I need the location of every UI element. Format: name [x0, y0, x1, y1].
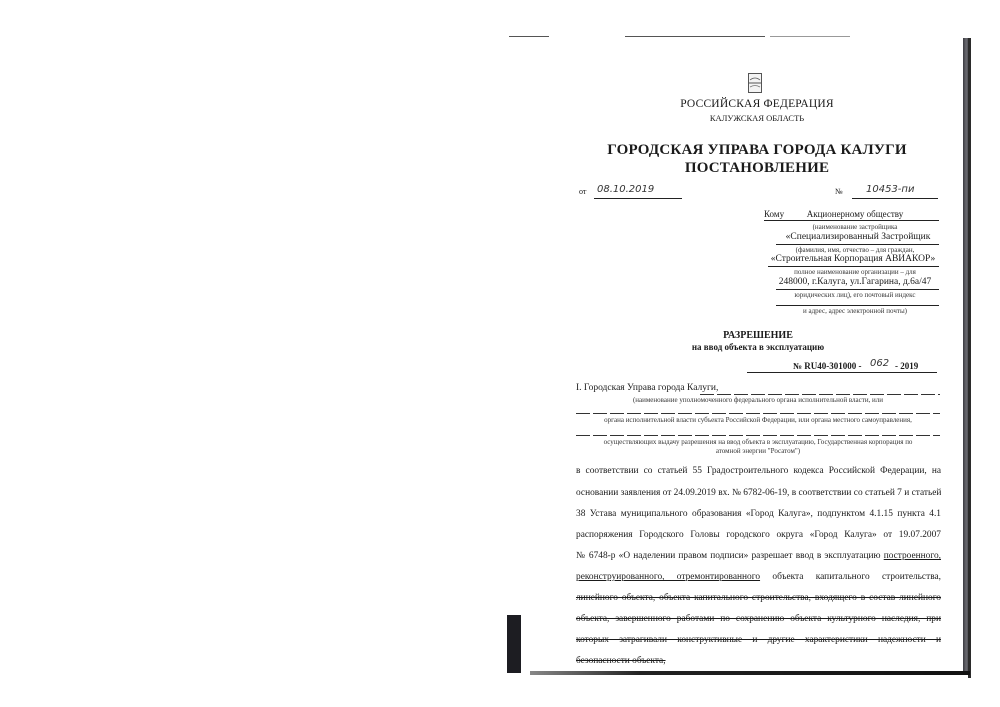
body-line: 38 Устава муниципального образования «Го… — [576, 509, 941, 519]
struck-line-last: безопасности объекта, — [576, 656, 666, 666]
body-line-6-text: объекта капитального строительства, — [772, 572, 941, 582]
permit-number-prefix: № RU40-301000 - — [793, 361, 862, 371]
recipient-underline — [764, 220, 939, 221]
body-line-5-text: № 6748-р «О наделении правом подписи» ра… — [576, 551, 881, 561]
struck-line: линейного объекта, объекта капитального … — [576, 593, 941, 603]
number-value: 10453-пи — [866, 184, 914, 195]
body-line-5: № 6748-р «О наделении правом подписи» ра… — [576, 551, 941, 561]
issuer-hint-4: атомной энергии "Росатом") — [716, 447, 800, 455]
issuer-hint-3: осуществляющих выдачу разрешения на ввод… — [604, 438, 913, 446]
issuer-underline — [576, 413, 940, 414]
recipient-hint-5: и адрес, адрес электронной почты) — [803, 307, 907, 315]
recipient-underline — [776, 289, 939, 290]
recipient-underline — [768, 266, 939, 267]
recipient-line-3: «Строительная Корпорация АВИАКОР» — [771, 254, 936, 264]
scan-artifact-line — [770, 36, 850, 37]
date-label: от — [579, 187, 586, 196]
coat-of-arms-icon — [748, 73, 762, 93]
permit-number-underline — [747, 372, 937, 373]
scan-edge-right-line — [968, 38, 971, 678]
header-doc-type: ПОСТАНОВЛЕНИЕ — [685, 160, 829, 177]
date-underline — [594, 198, 682, 199]
scan-artifact-line — [509, 36, 549, 37]
number-underline — [852, 198, 938, 199]
permit-number-handwritten: 062 — [870, 358, 889, 369]
body-line-5-underlined: построенного, — [884, 551, 941, 561]
recipient-hint-4: юридических лиц), его почтовый индекс — [794, 291, 915, 299]
scan-artifact-line — [625, 36, 765, 37]
recipient-line-4: 248000, г.Калуга, ул.Гагарина, д.6а/47 — [779, 277, 932, 287]
body-line-6: реконструированного, отремонтированного … — [576, 572, 941, 582]
recipient-hint-2: (фамилия, имя, отчество – для граждан, — [796, 246, 915, 254]
issuer-underline — [576, 435, 940, 436]
recipient-underline — [776, 305, 939, 306]
recipient-to-label: Кому — [764, 209, 784, 219]
issuer-name: I. Городская Управа города Калуги, — [576, 383, 718, 393]
recipient-hint-1: (наименование застройщика — [813, 223, 898, 231]
scan-edge-left — [507, 615, 521, 673]
issuer-hint-2: органа исполнительной власти субъекта Ро… — [604, 416, 912, 424]
permit-subtitle: на ввод объекта в эксплуатацию — [692, 342, 824, 352]
body-line: основании заявления от 24.09.2019 вх. № … — [576, 488, 941, 498]
permit-title: РАЗРЕШЕНИЕ — [723, 330, 793, 341]
recipient-underline — [776, 244, 939, 245]
number-label: № — [835, 187, 843, 196]
scanned-document-page: РОССИЙСКАЯ ФЕДЕРАЦИЯ КАЛУЖСКАЯ ОБЛАСТЬ Г… — [0, 0, 1000, 707]
struck-line: объекта, завершенного работами по сохран… — [576, 614, 941, 624]
struck-line: которых затрагивали конструктивные и дру… — [576, 635, 941, 645]
body-line: в соответствии со статьей 55 Градостроит… — [576, 466, 941, 476]
scan-edge-bottom — [530, 671, 970, 675]
recipient-hint-3: полное наименование организации – для — [794, 268, 916, 276]
recipient-line-2: «Специализированный Застройщик — [786, 232, 931, 242]
issuer-hint-1: (наименование уполномоченного федерально… — [633, 396, 883, 404]
header-authority: ГОРОДСКАЯ УПРАВА ГОРОДА КАЛУГИ — [607, 142, 907, 159]
date-value: 08.10.2019 — [597, 184, 654, 195]
body-line: распоряжения Городского Головы городског… — [576, 530, 941, 540]
issuer-underline — [700, 394, 940, 395]
body-line-6-struck: реконструированного, отремонтированного — [576, 572, 760, 582]
header-country: РОССИЙСКАЯ ФЕДЕРАЦИЯ — [680, 98, 834, 110]
recipient-line-1: Акционерному обществу — [807, 209, 904, 219]
permit-number-suffix: - 2019 — [895, 361, 918, 371]
header-region: КАЛУЖСКАЯ ОБЛАСТЬ — [710, 113, 804, 123]
